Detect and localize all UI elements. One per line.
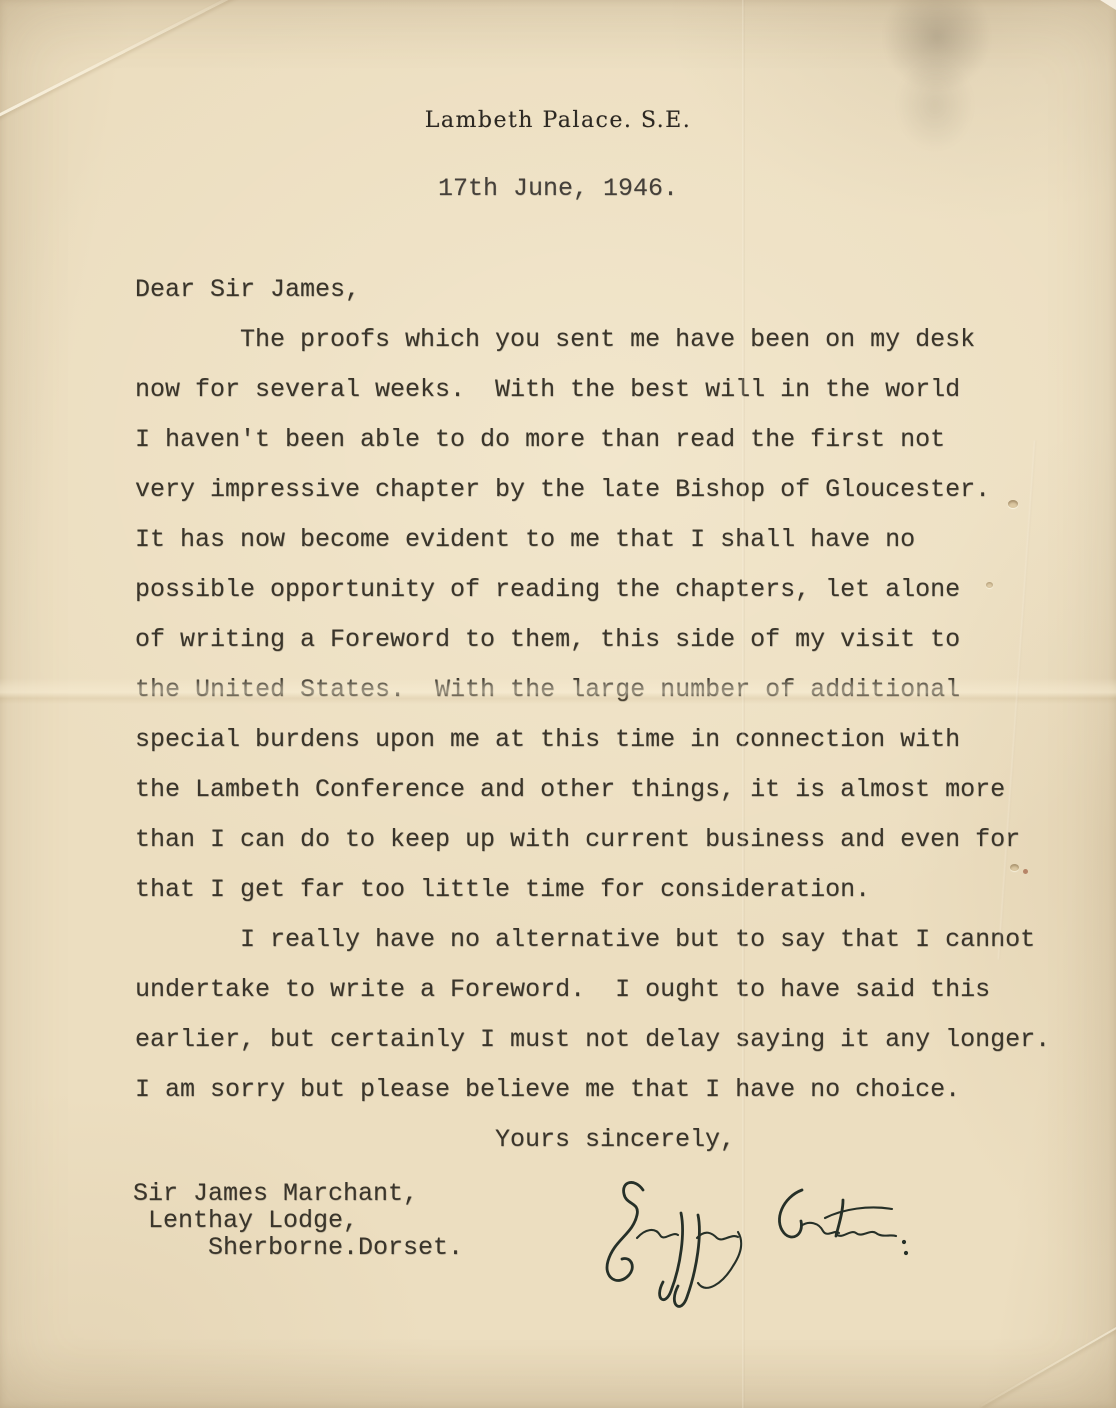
paper-corner-edge xyxy=(1100,0,1116,10)
letter-line: the United States. With the large number… xyxy=(135,665,1075,715)
recipient-address-line: Sir James Marchant, xyxy=(133,1180,463,1207)
letter-line: undertake to write a Foreword. I ought t… xyxy=(135,965,1075,1015)
letter-line: earlier, but certainly I must not delay … xyxy=(135,1015,1075,1065)
letter-line: It has now become evident to me that I s… xyxy=(135,515,1075,565)
recipient-address-line: Sherborne.Dorset. xyxy=(133,1234,463,1261)
letter-line: I am sorry but please believe me that I … xyxy=(135,1065,1075,1115)
recipient-address-line: Lenthay Lodge, xyxy=(133,1207,463,1234)
letter-line: the Lambeth Conference and other things,… xyxy=(135,765,1075,815)
letter-line: The proofs which you sent me have been o… xyxy=(135,315,1075,365)
fingerprint-smudge xyxy=(862,0,1012,112)
date-line: 17th June, 1946. xyxy=(0,174,1116,203)
letter-line: special burdens upon me at this time in … xyxy=(135,715,1075,765)
letter-line: very impressive chapter by the late Bish… xyxy=(135,465,1075,515)
letter-line: Dear Sir James, xyxy=(135,265,1075,315)
letter-line: that I get far too little time for consi… xyxy=(135,865,1075,915)
letter-line: of writing a Foreword to them, this side… xyxy=(135,615,1075,665)
letter-line: I really have no alternative but to say … xyxy=(135,915,1075,965)
fingerprint-smudge-faint xyxy=(880,40,990,170)
recipient-address: Sir James Marchant, Lenthay Lodge, Sherb… xyxy=(133,1180,463,1261)
letter-line: I haven't been able to do more than read… xyxy=(135,415,1075,465)
closing-salutation: Yours sincerely, xyxy=(495,1115,735,1165)
letter-line: now for several weeks. With the best wil… xyxy=(135,365,1075,415)
letter-page: Lambeth Palace. S.E. 17th June, 1946. De… xyxy=(0,0,1116,1408)
letter-body: Dear Sir James, The proofs which you sen… xyxy=(135,265,1075,1115)
letter-line: than I can do to keep up with current bu… xyxy=(135,815,1075,865)
signature-autograph xyxy=(585,1168,925,1318)
letterhead: Lambeth Palace. S.E. xyxy=(0,108,1116,133)
letter-line: possible opportunity of reading the chap… xyxy=(135,565,1075,615)
bottom-corner-crease xyxy=(981,1285,1116,1407)
